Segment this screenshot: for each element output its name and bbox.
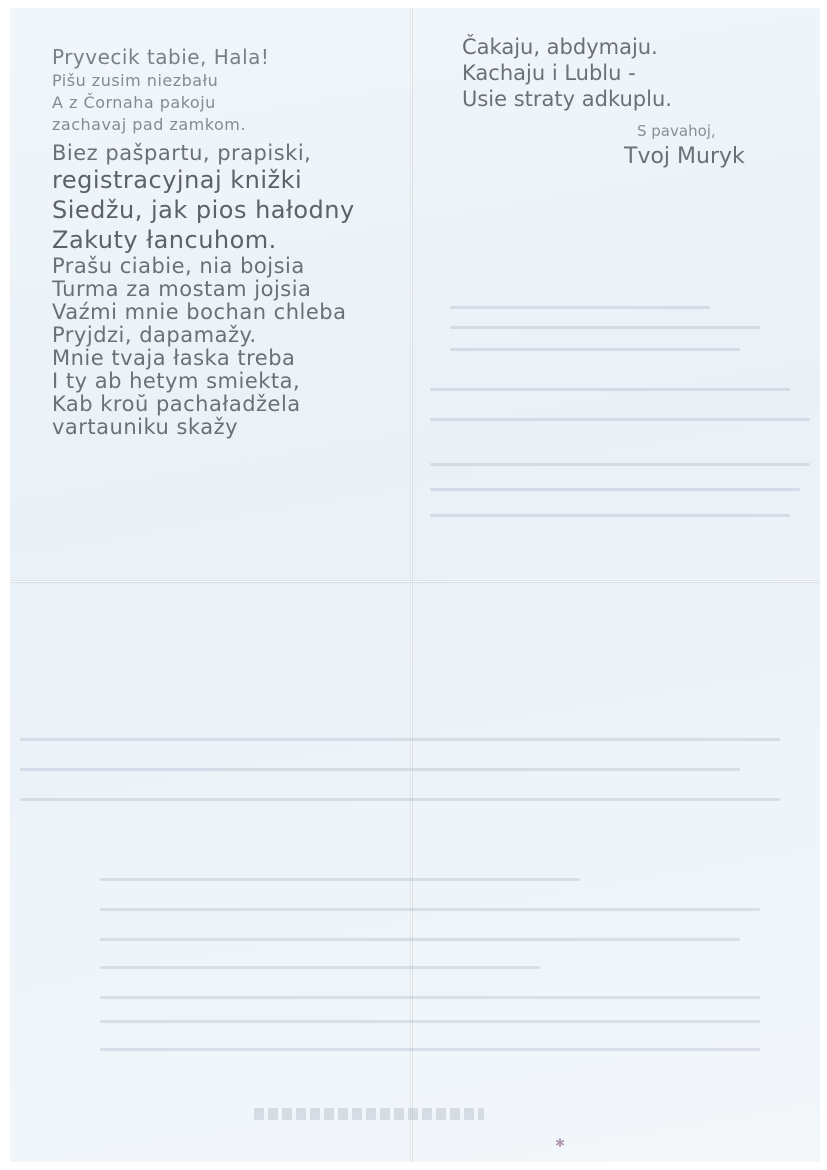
printed-show-through — [100, 966, 540, 969]
printed-show-through — [450, 326, 760, 329]
signature: Tvoj Muryk — [624, 144, 745, 170]
poem-line: Pišu zusim niezbału — [52, 70, 355, 92]
poem-line: Prašu ciabie, nia bojsia — [52, 255, 355, 278]
closing-salutation: S pavahoj, — [637, 118, 745, 144]
vertical-fold-crease — [410, 8, 413, 1162]
printed-show-through — [430, 388, 790, 391]
printed-show-through — [430, 488, 800, 491]
poem-line: Vaźmi mnie bochan chleba — [52, 301, 355, 324]
poem-line: Čakaju, abdymaju. — [462, 34, 745, 60]
printed-show-through — [100, 908, 760, 911]
ink-stamp-mark: ✱ — [555, 1136, 571, 1150]
printed-show-through — [450, 348, 740, 351]
poem-line: zachavaj pad zamkom. — [52, 114, 355, 136]
horizontal-fold-crease — [10, 580, 820, 583]
poem-line: A z Čornaha pakoju — [52, 92, 355, 114]
poem-line: Turma za mostam jojsia — [52, 278, 355, 301]
poem-right-column: Čakaju, abdymaju. Kachaju i Lublu - Usie… — [462, 34, 745, 170]
poem-line: Usie straty adkuplu. — [462, 86, 745, 112]
poem-line: registracyjnaj knižki — [52, 165, 355, 195]
poem-line: I ty ab hetym smiekta, — [52, 370, 355, 393]
printed-show-through — [430, 418, 810, 421]
poem-line: Zakuty łancuhom. — [52, 225, 355, 255]
poem-line: Kab kroŭ pachaładžela — [52, 393, 355, 416]
printed-show-through — [450, 306, 710, 309]
poem-line: Kachaju i Lublu - — [462, 60, 745, 86]
poem-line: Pryvecik tabie, Hala! — [52, 46, 355, 70]
printed-show-through — [430, 514, 790, 517]
printed-show-through — [100, 1048, 760, 1051]
printed-show-through-heading — [254, 1108, 484, 1120]
poem-line: Pryjdzi, dapamažy. — [52, 324, 355, 347]
printed-show-through — [20, 798, 780, 801]
poem-line: Mnie tvaja łaska treba — [52, 347, 355, 370]
printed-show-through — [430, 463, 810, 466]
printed-show-through — [100, 996, 760, 999]
printed-show-through — [20, 738, 780, 741]
printed-show-through — [100, 938, 740, 941]
printed-show-through — [20, 768, 740, 771]
printed-show-through — [100, 878, 580, 881]
poem-line: vartauniku skažy — [52, 416, 355, 439]
poem-line: Biez pašpartu, prapiski, — [52, 142, 355, 166]
poem-left-column: Pryvecik tabie, Hala! Pišu zusim niezbał… — [52, 46, 355, 439]
poem-line: Siedžu, jak pios hałodny — [52, 195, 355, 225]
printed-show-through — [100, 1020, 760, 1023]
letter-sheet: Pryvecik tabie, Hala! Pišu zusim niezbał… — [10, 8, 820, 1162]
